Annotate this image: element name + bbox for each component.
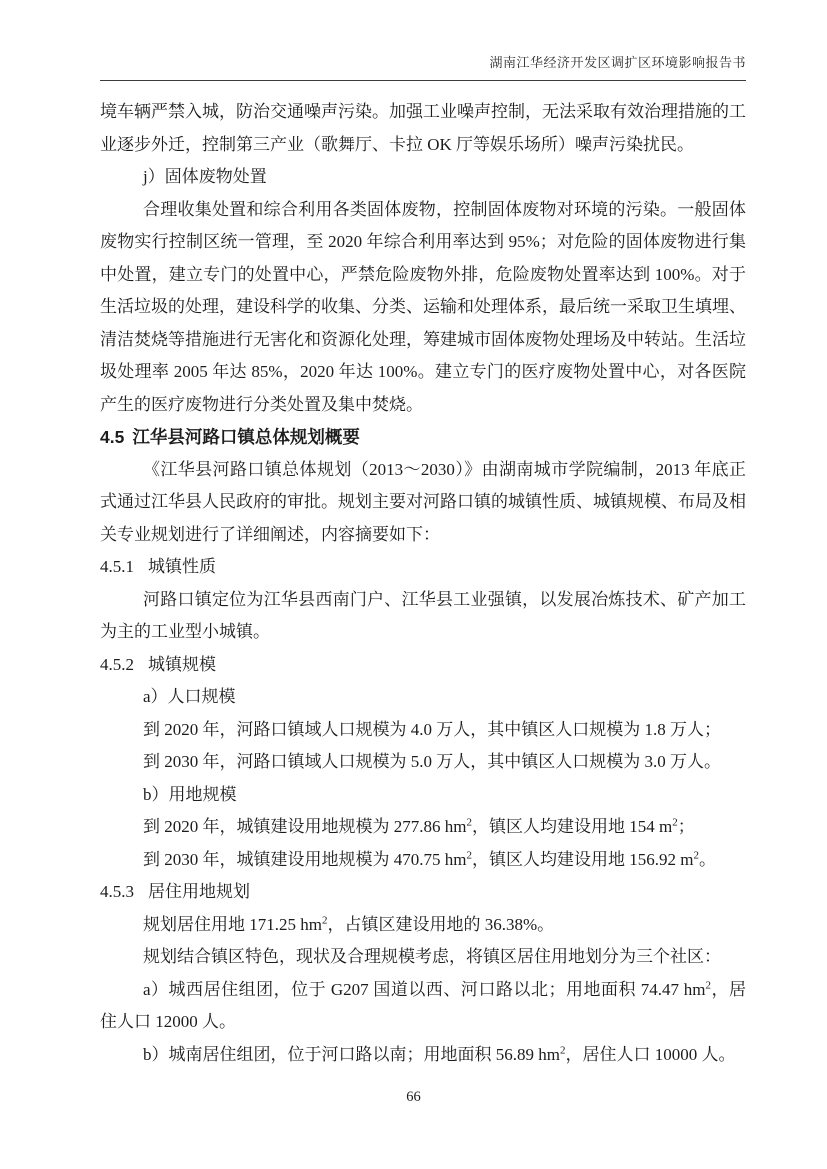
text-run: 规划结合镇区特色，现状及合理规模考虑，将镇区居住用地划分为三个社区： [143, 947, 721, 966]
paragraph: 到 2020 年，河路口镇域人口规模为 4.0 万人，其中镇区人口规模为 1.8… [100, 714, 746, 747]
paragraph: j）固体废物处置 [100, 161, 746, 194]
paragraph: 规划居住用地 171.25 hm2，占镇区建设用地的 36.38%。 [100, 909, 746, 942]
heading-title: 城镇规模 [148, 655, 216, 674]
paragraph: b）城南居住组团，位于河口路以南；用地面积 56.89 hm2，居住人口 100… [100, 1039, 746, 1072]
text-run: b）用地规模 [143, 785, 237, 804]
text-run: 《江华县河路口镇总体规划（2013～2030）》由湖南城市学院编制，2013 年… [100, 460, 746, 544]
section-heading-4.5.2: 4.5.2城镇规模 [100, 649, 746, 682]
section-heading-4.5: 4.5江华县河路口镇总体规划概要 [100, 421, 746, 454]
text-run: b）城南居住组团，位于河口路以南；用地面积 56.89 hm [143, 1045, 560, 1064]
heading-number: 4.5.3 [100, 882, 134, 901]
text-run: 。 [699, 850, 716, 869]
text-run: 合理收集处置和综合利用各类固体废物，控制固体废物对环境的污染。一般固体废物实行控… [100, 200, 746, 414]
text-run: 河路口镇定位为江华县西南门户、江华县工业强镇，以发展冶炼技术、矿产加工为主的工业… [100, 590, 746, 642]
paragraph: 河路口镇定位为江华县西南门户、江华县工业强镇，以发展冶炼技术、矿产加工为主的工业… [100, 584, 746, 649]
paragraph: 境车辆严禁入城，防治交通噪声污染。加强工业噪声控制，无法采取有效治理措施的工业逐… [100, 96, 746, 161]
paragraph: 到 2020 年，城镇建设用地规模为 277.86 hm2，镇区人均建设用地 1… [100, 811, 746, 844]
paragraph: b）用地规模 [100, 779, 746, 812]
heading-title: 城镇性质 [148, 557, 216, 576]
text-run: ，占镇区建设用地的 36.38%。 [327, 915, 554, 934]
heading-number: 4.5 [100, 427, 124, 447]
text-run: j）固体废物处置 [143, 167, 267, 186]
paragraph: 规划结合镇区特色，现状及合理规模考虑，将镇区居住用地划分为三个社区： [100, 941, 746, 974]
text-run: 到 2020 年，河路口镇域人口规模为 4.0 万人，其中镇区人口规模为 1.8… [143, 720, 721, 739]
page-header-title: 湖南江华经济开发区调扩区环境影响报告书 [100, 52, 746, 81]
page-number: 66 [0, 1089, 827, 1106]
report-page: 湖南江华经济开发区调扩区环境影响报告书 境车辆严禁入城，防治交通噪声污染。加强工… [0, 0, 827, 1169]
text-run: 规划居住用地 171.25 hm [143, 915, 322, 934]
text-run: 到 2030 年，河路口镇域人口规模为 5.0 万人，其中镇区人口规模为 3.0… [143, 752, 721, 771]
section-heading-4.5.3: 4.5.3居住用地规划 [100, 876, 746, 909]
text-run: 境车辆严禁入城，防治交通噪声污染。加强工业噪声控制，无法采取有效治理措施的工业逐… [100, 102, 746, 154]
paragraph: 到 2030 年，城镇建设用地规模为 470.75 hm2，镇区人均建设用地 1… [100, 844, 746, 877]
text-run: ，镇区人均建设用地 154 m [472, 817, 672, 836]
text-run: ，居住人口 10000 人。 [565, 1045, 735, 1064]
text-run: ； [678, 817, 695, 836]
section-heading-4.5.1: 4.5.1城镇性质 [100, 551, 746, 584]
heading-number: 4.5.1 [100, 557, 134, 576]
paragraph: 到 2030 年，河路口镇域人口规模为 5.0 万人，其中镇区人口规模为 3.0… [100, 746, 746, 779]
heading-number: 4.5.2 [100, 655, 134, 674]
document-body: 境车辆严禁入城，防治交通噪声污染。加强工业噪声控制，无法采取有效治理措施的工业逐… [100, 96, 746, 1071]
heading-title: 居住用地规划 [148, 882, 250, 901]
paragraph: 合理收集处置和综合利用各类固体废物，控制固体废物对环境的污染。一般固体废物实行控… [100, 194, 746, 422]
paragraph: a）城西居住组团，位于 G207 国道以西、河口路以北；用地面积 74.47 h… [100, 974, 746, 1039]
text-run: a）人口规模 [143, 687, 236, 706]
heading-title: 江华县河路口镇总体规划概要 [132, 427, 360, 447]
paragraph: 《江华县河路口镇总体规划（2013～2030）》由湖南城市学院编制，2013 年… [100, 454, 746, 552]
paragraph: a）人口规模 [100, 681, 746, 714]
text-run: ，镇区人均建设用地 156.92 m [472, 850, 693, 869]
text-run: 到 2030 年，城镇建设用地规模为 470.75 hm [143, 850, 466, 869]
text-run: 到 2020 年，城镇建设用地规模为 277.86 hm [143, 817, 466, 836]
text-run: a）城西居住组团，位于 G207 国道以西、河口路以北；用地面积 74.47 h… [143, 980, 706, 999]
